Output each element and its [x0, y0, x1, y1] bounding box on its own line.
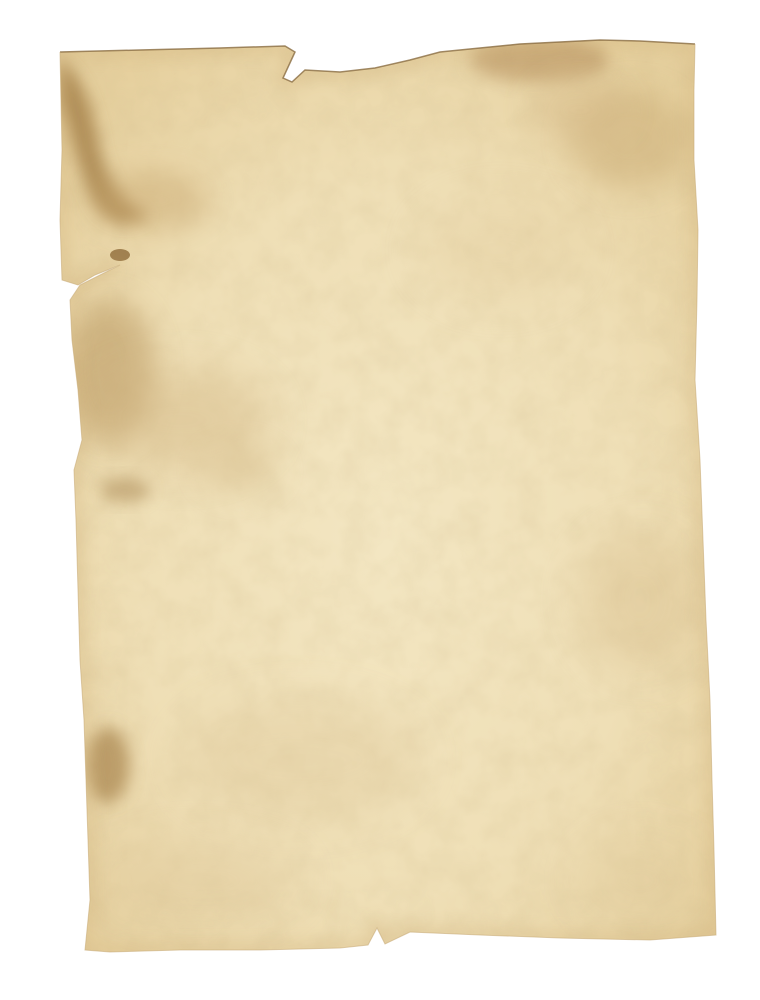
stain-lower-left — [86, 727, 130, 803]
image-canvas: Blank aged parchment paper sheet — [0, 0, 760, 1000]
parchment-sheet — [0, 0, 760, 1000]
